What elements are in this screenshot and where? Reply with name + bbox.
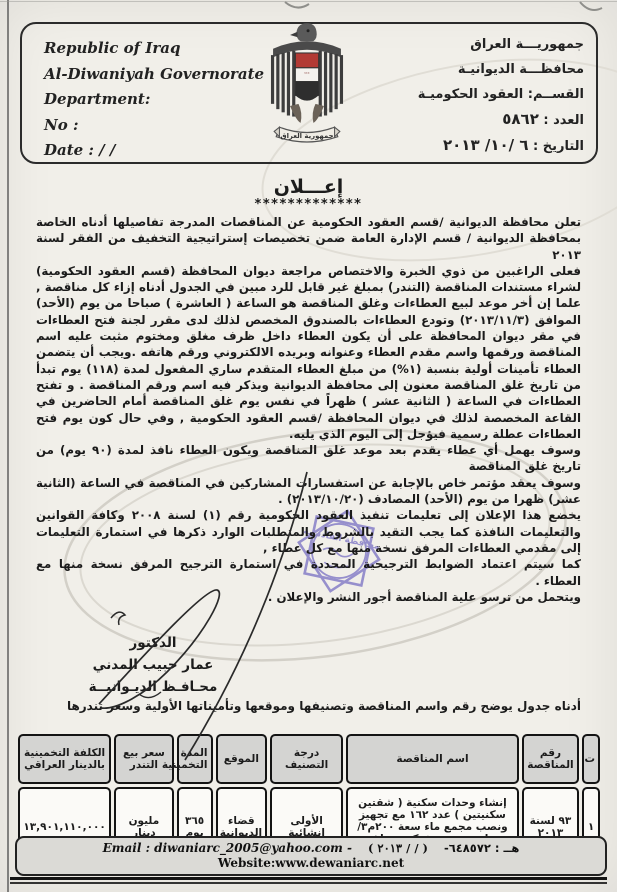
letterhead-english: Republic of Iraq Al-Diwaniyah Governorat… <box>44 36 264 164</box>
contact-footer: Email : diwaniarc_2005@yahoo.com - ( ٢٠١… <box>15 836 607 876</box>
body-paragraph-5: يخضع هذا الإعلان إلى تعليمات تنفيذ العقو… <box>36 507 581 556</box>
scan-top-edge <box>0 1 617 2</box>
iraq-eagle-emblem-icon: ٴٴٴ جمهورية العراق <box>254 4 360 156</box>
bottom-double-rule <box>10 877 607 884</box>
letterhead-en-department: Department: <box>44 87 264 113</box>
letterhead-ar-date: التاريخ : ٦ /١٠/ ٢٠١٣ <box>418 133 584 159</box>
letterhead-arabic: جمهوريـــة العراق محافظـــة الديوانيـة ا… <box>418 32 584 159</box>
number-label: العدد : <box>543 113 584 128</box>
table-intro-note: أدناه جدول يوضح رقم واسم المناقصة وتصنيف… <box>67 699 581 713</box>
letterhead-ar-department: القســم: العقود الحكوميـة <box>418 82 584 107</box>
header-estimated-cost: الكلفة التخمينية بالدينار العراقي <box>18 734 111 784</box>
date-label: التاريخ : <box>533 139 584 154</box>
footer-email: Email : diwaniarc_2005@yahoo.com - <box>103 841 352 855</box>
date-handwritten-value: ٦ /١٠/ ٢٠١٣ <box>443 136 529 154</box>
header-tender-name: اسم المناقصة <box>346 734 519 784</box>
footer-date-placeholder: ( ٢٠١٣ / / ) <box>368 841 428 855</box>
letterhead-en-no: No : <box>44 113 264 139</box>
body-paragraph-4: وسوف يعقد مؤتمر خاص بالإجابة عن استفسارا… <box>36 475 581 508</box>
tender-table-header-row: ت رقم المناقصة اسم المناقصة درجة التصنيف… <box>18 734 600 784</box>
title-stars-divider: ************* <box>0 200 617 210</box>
number-handwritten-value: ٥٨٦٢ <box>502 110 539 128</box>
letterhead-ar-country: جمهوريـــة العراق <box>418 32 584 57</box>
body-paragraph-6: كما سيتم اعتماد الضوابط الترجيحية المحدد… <box>36 556 581 589</box>
body-paragraph-3: وسوف يهمل أي عطاء يقدم بعد موعد غلق المن… <box>36 442 581 475</box>
emblem-banner-text: جمهورية العراق <box>280 132 333 140</box>
signatory-title: الدكتور <box>68 632 238 654</box>
scan-left-edge <box>7 0 9 892</box>
letterhead-ar-number: العدد : ٥٨٦٢ <box>418 107 584 133</box>
header-location: الموقع <box>216 734 268 784</box>
header-seq: ت <box>582 734 600 784</box>
footer-phone: هــ : ٦٤٨٥٧٢- <box>444 841 519 855</box>
signatory-name: عمار حبيب المدني <box>68 654 238 676</box>
scanned-announcement-document: Republic of Iraq Al-Diwaniyah Governorat… <box>0 0 617 892</box>
body-paragraph-7: ويتحمل من ترسو علية المناقصة أجور النشر … <box>36 589 581 605</box>
letterhead-en-date: Date : / / <box>44 138 264 164</box>
signatory-role: محـافـظ الديـوانيــة <box>68 676 238 698</box>
body-paragraph-2: فعلى الراغبين من ذوي الخبرة والاختصاص مر… <box>36 263 581 442</box>
announcement-title: إعـــلان <box>0 176 617 198</box>
announcement-body: تعلن محافظة الديوانية /قسم العقود الحكوم… <box>36 214 581 605</box>
body-paragraph-1: تعلن محافظة الديوانية /قسم العقود الحكوم… <box>36 214 581 263</box>
svg-text:ٴٴٴ: ٴٴٴ <box>304 71 310 79</box>
letterhead-ar-governorate: محافظـــة الديوانيـة <box>418 57 584 82</box>
signature-block: الدكتور عمار حبيب المدني محـافـظ الديـوا… <box>68 632 238 698</box>
letterhead-en-governorate: Al-Diwaniyah Governorate <box>44 62 264 88</box>
header-tender-number: رقم المناقصة <box>522 734 579 784</box>
header-classification: درجة التصنيف <box>270 734 343 784</box>
header-duration: المدة التخمينية <box>177 734 213 784</box>
letterhead-en-country: Republic of Iraq <box>44 36 264 62</box>
footer-website: Website:www.dewaniarc.net <box>25 856 597 870</box>
